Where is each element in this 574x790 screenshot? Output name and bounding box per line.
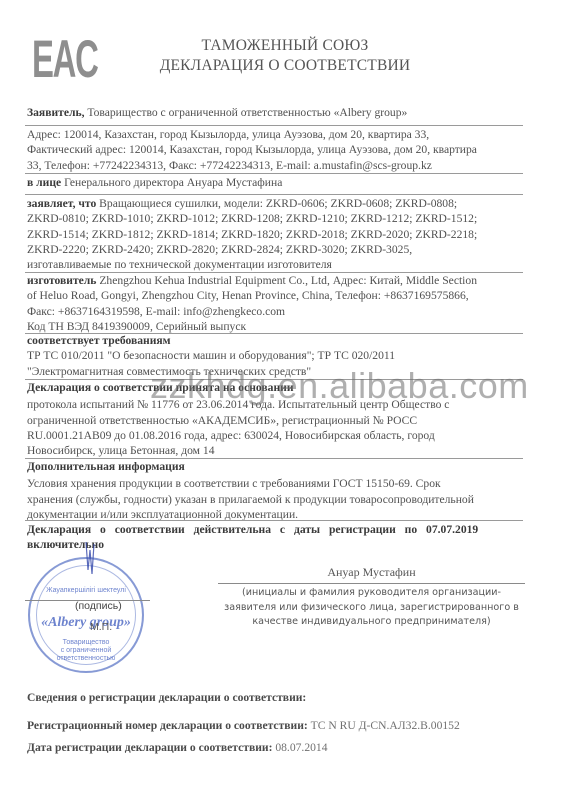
divider <box>25 194 523 195</box>
additional-block: Дополнительная информация Условия хранен… <box>27 459 527 522</box>
additional-line: хранения (службы, годности) указан в при… <box>27 492 527 507</box>
divider <box>25 125 523 126</box>
stamp-company: «Albery group» <box>30 615 142 631</box>
models-line: ZKRD-2220; ZKRD-2420; ZKRD-2820; ZKRD-28… <box>27 242 527 257</box>
actual-address-line: Фактический адрес: 120014, Казахстан, го… <box>27 142 527 157</box>
applicant-value: Товарищество с ограниченной ответственно… <box>85 106 408 119</box>
stamp-line: с ограниченной <box>30 647 142 655</box>
stamp-top-text: Жауапкершілігі шектеулі <box>30 587 142 594</box>
signature-mark <box>80 540 100 580</box>
watermark: zzkhdg.en.alibaba.com <box>150 365 529 407</box>
models-line: ZKRD-0810; ZKRD-1010; ZKRD-1012; ZKRD-12… <box>27 211 527 226</box>
declaration-block: заявляет, что Вращающиеся сушилки, модел… <box>27 196 527 272</box>
registration-date-row: Дата регистрации декларации о соответств… <box>27 740 527 755</box>
caption-line: заявителя или физического лица, зарегист… <box>218 601 525 616</box>
product-line: Вращающиеся сушилки, модели: ZKRD-0606; … <box>96 197 457 210</box>
manufacturer-block: изготовитель Zhengzhou Kehua Industrial … <box>27 273 527 334</box>
signatory-name: Ануар Мустафин <box>218 565 525 580</box>
representative-label: в лице <box>27 176 61 189</box>
representative-value: Генерального директора Ануара Мустафина <box>61 176 282 189</box>
additional-line: Условия хранения продукции в соответстви… <box>27 476 527 491</box>
stamp-line: ответственностью <box>30 655 142 663</box>
name-line <box>218 583 525 584</box>
models-line: ZKRD-1514; ZKRD-1812; ZKRD-1814; ZKRD-18… <box>27 227 527 242</box>
divider <box>25 173 523 174</box>
registration-date-value: 08.07.2014 <box>275 741 327 754</box>
validity-line: Декларация о соответствии действительна … <box>27 522 527 537</box>
declares-label: заявляет, что <box>27 197 96 210</box>
registration-date-label: Дата регистрации декларации о соответств… <box>27 741 275 754</box>
manufacturer-line: Zhengzhou Kehua Industrial Equipment Co.… <box>96 274 477 287</box>
address-block: Адрес: 120014, Казахстан, город Кызылорд… <box>27 127 527 173</box>
registration-number-value: ТС N RU Д-CN.АЛ32.В.00152 <box>311 719 460 732</box>
title-declaration: ДЕКЛАРАЦИЯ О СООТВЕТСТВИИ <box>150 57 420 75</box>
stamp-line: Товарищество <box>30 639 142 647</box>
hs-code-line: Код ТН ВЭД 8419390009, Серийный выпуск <box>27 319 527 334</box>
additional-label: Дополнительная информация <box>27 460 185 473</box>
address-line: Адрес: 120014, Казахстан, город Кызылорд… <box>27 127 527 142</box>
caption-line: качестве индивидуального предпринимателя… <box>218 615 525 630</box>
caption-line: (инициалы и фамилия руководителя организ… <box>218 586 525 601</box>
validity-line: включительно <box>27 537 527 552</box>
applicant-label: Заявитель, <box>27 106 85 119</box>
signature-caption: (подпись) <box>75 600 122 612</box>
stamp-bottom-text: Товарищество с ограниченной ответственно… <box>30 639 142 663</box>
manufacturer-line: of Heluo Road, Gongyi, Zhengzhou City, H… <box>27 288 527 303</box>
requirements-label: соответствует требованиям <box>27 334 171 347</box>
representative-row: в лице Генерального директора Ануара Мус… <box>27 175 527 190</box>
registration-number-label: Регистрационный номер декларации о соотв… <box>27 719 311 732</box>
contact-line: 33, Телефон: +77242234313, Факс: +772422… <box>27 158 527 173</box>
documentation-line: изготавливаемые по технической документа… <box>27 257 527 272</box>
requirements-line: ТР ТС 010/2011 "О безопасности машин и о… <box>27 348 527 363</box>
manufacturer-label: изготовитель <box>27 274 96 287</box>
name-caption: (инициалы и фамилия руководителя организ… <box>218 586 525 630</box>
validity-block: Декларация о соответствии действительна … <box>27 522 527 553</box>
basis-line: Новосибирск, улица Бетонная, дом 14 <box>27 443 527 458</box>
title-customs-union: ТАМОЖЕННЫЙ СОЮЗ <box>150 37 420 55</box>
registration-number-row: Регистрационный номер декларации о соотв… <box>27 718 527 733</box>
basis-line: ограниченной ответственностью «АКАДЕМСИБ… <box>27 413 527 428</box>
applicant-row: Заявитель, Товарищество с ограниченной о… <box>27 105 527 120</box>
basis-line: RU.0001.21АВ09 до 01.08.2016 года, адрес… <box>27 428 527 443</box>
registration-heading: Сведения о регистрации декларации о соот… <box>27 690 527 705</box>
seal-caption: М.П. <box>90 621 112 633</box>
eac-logo: EAC <box>32 36 63 84</box>
divider <box>25 520 523 521</box>
manufacturer-contact: Факс: +8637164319598, E-mail: info@zheng… <box>27 304 527 319</box>
